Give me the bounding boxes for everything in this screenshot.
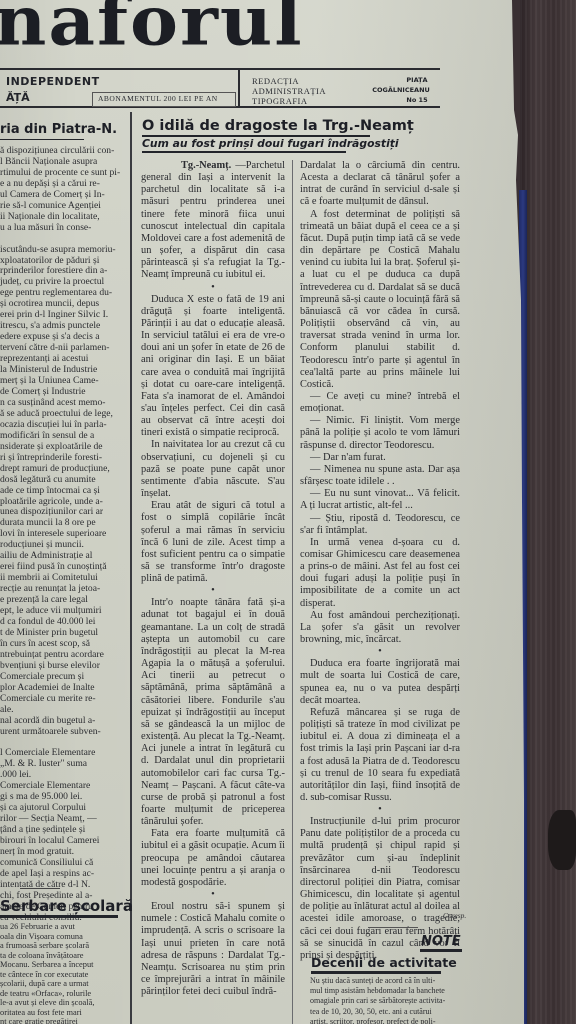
section-separator-dots: • [141, 282, 285, 294]
text-line: oala din Vișoara comuna [0, 932, 120, 942]
section-separator-dots: • [141, 585, 285, 597]
text-line: ua 26 Februarie a avut [0, 922, 120, 932]
dateline: Tg.-Neamț. [181, 160, 235, 171]
text-line: nal acordă din bugetul a- [0, 716, 122, 727]
text-line: iscutându-se asupra memoriu- [0, 245, 122, 256]
paragraph: In naivitatea lor au crezut că cu observ… [141, 439, 285, 500]
text-line: ta de coloana învățătoare [0, 951, 120, 961]
column-divider-left [130, 112, 132, 1024]
section-separator-dots: • [300, 804, 460, 816]
text-line: ale. [0, 705, 122, 716]
notes-underline [420, 949, 462, 952]
wooden-background [520, 0, 576, 1024]
text-line [0, 234, 122, 245]
text-line: Comerciale cu merite re- [0, 694, 122, 705]
notes-article-title: Decenii de activitate [311, 955, 457, 970]
office-line-administratia: ADMINISTRAȚIA [252, 86, 326, 96]
decenii-underline [311, 971, 441, 974]
background-object [548, 810, 576, 870]
notes-separator [368, 927, 418, 928]
main-subtitle-underline [142, 151, 346, 153]
text-line: drept ramuri de producțiune, [0, 464, 122, 475]
notes-section-title: NOTE [421, 934, 461, 949]
subtitle-line2: ĂȚĂ [6, 91, 30, 104]
paragraph: Eroul nostru să-i spunem și numele : Cos… [141, 901, 285, 998]
text-line: oritatea au fost fete mari [0, 1008, 120, 1018]
office-line-tipografia: TIPOGRAFIA [252, 96, 308, 106]
text-line: Nu știu dacă sunteți de acord că în ulti… [310, 976, 472, 986]
text-line: de teatru «Orfaca», rolurile [0, 989, 120, 999]
paragraph: — Nimic. Fi liniștit. Vom merge până la … [300, 415, 460, 451]
paragraph: — Eu nu sunt vinovat... Vă felicit. A ți… [300, 488, 460, 512]
office-line-redactia: REDACȚIA [252, 76, 299, 86]
address-number: No 15 [397, 96, 437, 104]
column-divider-middle [292, 160, 293, 1024]
text-line: dosă legătură cu anumite [0, 475, 122, 486]
subscription-price: ABONAMENTUL 200 LEI PE AN [98, 94, 218, 103]
text-line: Mocanu. Serbarea a început [0, 960, 120, 970]
header-divider [238, 70, 240, 106]
text-line: mul timp asistăm hebdomadar la banchete [310, 986, 472, 996]
serbare-underline [0, 915, 118, 918]
text-line: școlarii, după care a urmat [0, 979, 120, 989]
address-square: COGĂLNICEANU [365, 86, 437, 94]
text-line: nt care grație pregătirei [0, 1017, 120, 1024]
paragraph: — Știu, ripostă d. Teodorescu, ce s'ar f… [300, 513, 460, 537]
main-article-subtitle: Cum au fost prinși doui fugari îndrăgost… [142, 137, 399, 150]
paragraph: Refuză mâncarea și se ruga de polițiști … [300, 707, 460, 804]
paragraph: Fata era foarte mulțumită că iubitul ei … [141, 828, 285, 889]
serbare-title: Serbare școlară [0, 897, 133, 915]
paragraph: Intr'o noapte tânăra fată și-a adunat to… [141, 597, 285, 828]
left-article-body: ă dispozițiunea circulării con-l Băncii … [0, 146, 122, 924]
text-line: le-a avut și eleve din școală, [0, 998, 120, 1008]
main-article-column-2: Dardalat la o cârciumă din centru. Acest… [300, 160, 460, 962]
left-separator [20, 888, 60, 889]
serbare-body: ua 26 Februarie a avutoala din Vișoara c… [0, 922, 120, 1024]
text-line: tea de 10, 20, 30, 50, etc. ani a cutăru… [310, 1007, 472, 1017]
newspaper-page: naforul INDEPENDENT ĂȚĂ ABONAMENTUL 200 … [0, 0, 524, 1024]
masthead-rule [0, 68, 440, 70]
paragraph: Duduca X este o fată de 19 ani drăguță ș… [141, 294, 285, 440]
paragraph: Au fost amândoui percheziționați. La șof… [300, 610, 460, 646]
paragraph: Erau atât de siguri că totul a fost o si… [141, 500, 285, 585]
paragraph: — Ce aveți cu mine? întrebă el emoționat… [300, 391, 460, 415]
section-separator-dots: • [300, 646, 460, 658]
main-article-title: O idilă de dragoste la Trg.-Neamț [142, 118, 414, 134]
text-line: urent următoarele subven- [0, 727, 122, 738]
paragraph: Dardalat la o cârciumă din centru. Acest… [300, 160, 460, 209]
address-piata: PIAȚA [397, 76, 437, 84]
left-title-underline [0, 139, 84, 140]
text-line: ri și întreprinderile foresti- [0, 453, 122, 464]
text-line: omagiale prin cari se sărbătorește activ… [310, 996, 472, 1006]
text-line: artist, scriitor, profesor, prefect de p… [310, 1017, 472, 1024]
article-signature: Coresp. [443, 911, 466, 920]
masthead-title: naforul [0, 0, 304, 61]
paragraph: In urmă venea d-șoara cu d. comisar Ghim… [300, 537, 460, 610]
main-article-column-1: Tg.-Neamț. —Parchetul general din Iași a… [141, 160, 285, 998]
text-line: te cântece în cor executate [0, 970, 120, 980]
text-line: a frumoasă serbare școlară [0, 941, 120, 951]
subtitle-independent: INDEPENDENT [6, 75, 100, 88]
text-line: plor Academiei de Inalte [0, 683, 122, 694]
notes-article-body: Nu știu dacă sunteți de acord că în ulti… [310, 976, 472, 1024]
text-line: ade ce timp întocmai ca și [0, 486, 122, 497]
text-line: u a lua măsuri în conse- [0, 223, 122, 234]
paragraph: Duduca era foarte îngrijorată mai mult d… [300, 658, 460, 707]
section-separator-dots: • [141, 889, 285, 901]
paragraph: — Dar n'am furat. [300, 452, 460, 464]
paragraph: A fost determinat de polițiști să trimea… [300, 209, 460, 391]
paragraph: Tg.-Neamț. —Parchetul general din Iași a… [141, 160, 285, 282]
paragraph: — Nimenea nu spune asta. Dar așa sfârșes… [300, 464, 460, 488]
left-article-title: ria din Piatra-N. [0, 122, 117, 137]
